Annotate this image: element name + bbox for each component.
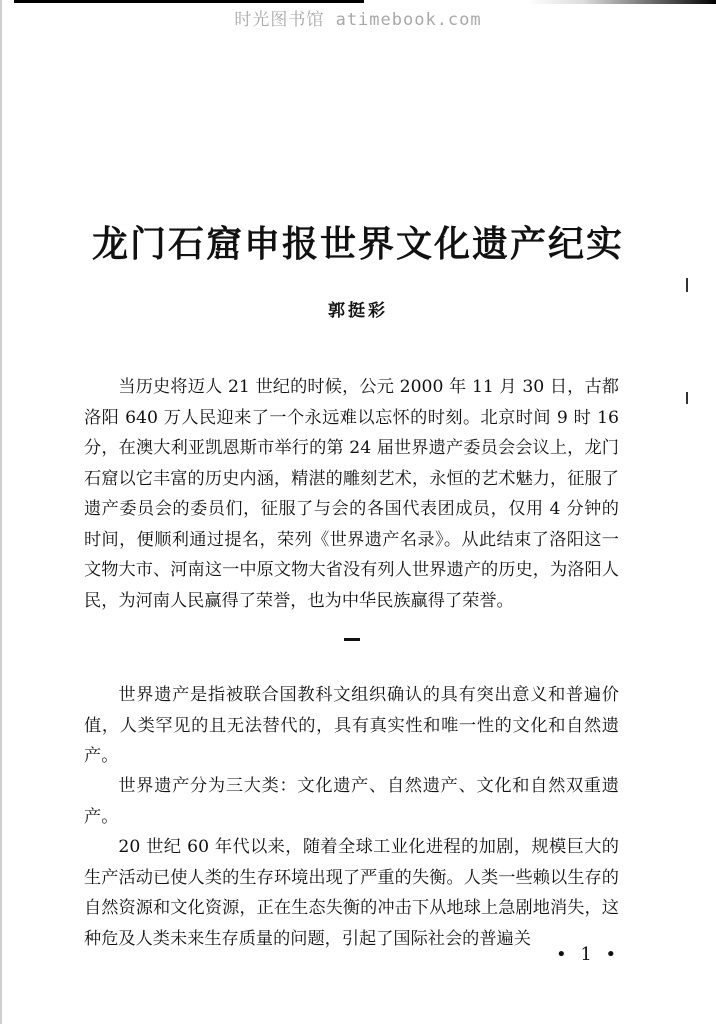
paragraph-intro: 当历史将迈人 21 世纪的时候，公元 2000 年 11 月 30 日，古都洛阳… [84, 372, 619, 616]
margin-mark [686, 392, 688, 404]
margin-mark [686, 278, 688, 292]
scan-artifact-bar-right [526, 0, 716, 4]
paragraph-definition: 世界遗产是指被联合国教科文组织确认的具有突出意义和普遍价值，人类罕见的且无法替代… [84, 680, 619, 772]
page-number: • 1 • [556, 944, 620, 965]
scan-edge [0, 0, 2, 1024]
watermark: 时光图书馆 atimebook.com [0, 5, 716, 30]
scan-artifact-bar [14, 0, 364, 3]
article-author: 郭挺彩 [0, 296, 716, 321]
article-title: 龙门石窟申报世界文化遗产纪实 [0, 216, 716, 267]
paragraph-categories: 世界遗产分为三大类：文化遗产、自然遗产、文化和自然双重遗产。 [84, 771, 619, 832]
paragraph-background: 20 世纪 60 年代以来，随着全球工业化进程的加剧，规模巨大的生产活动已使人类… [84, 832, 619, 954]
section-marker [344, 638, 360, 641]
